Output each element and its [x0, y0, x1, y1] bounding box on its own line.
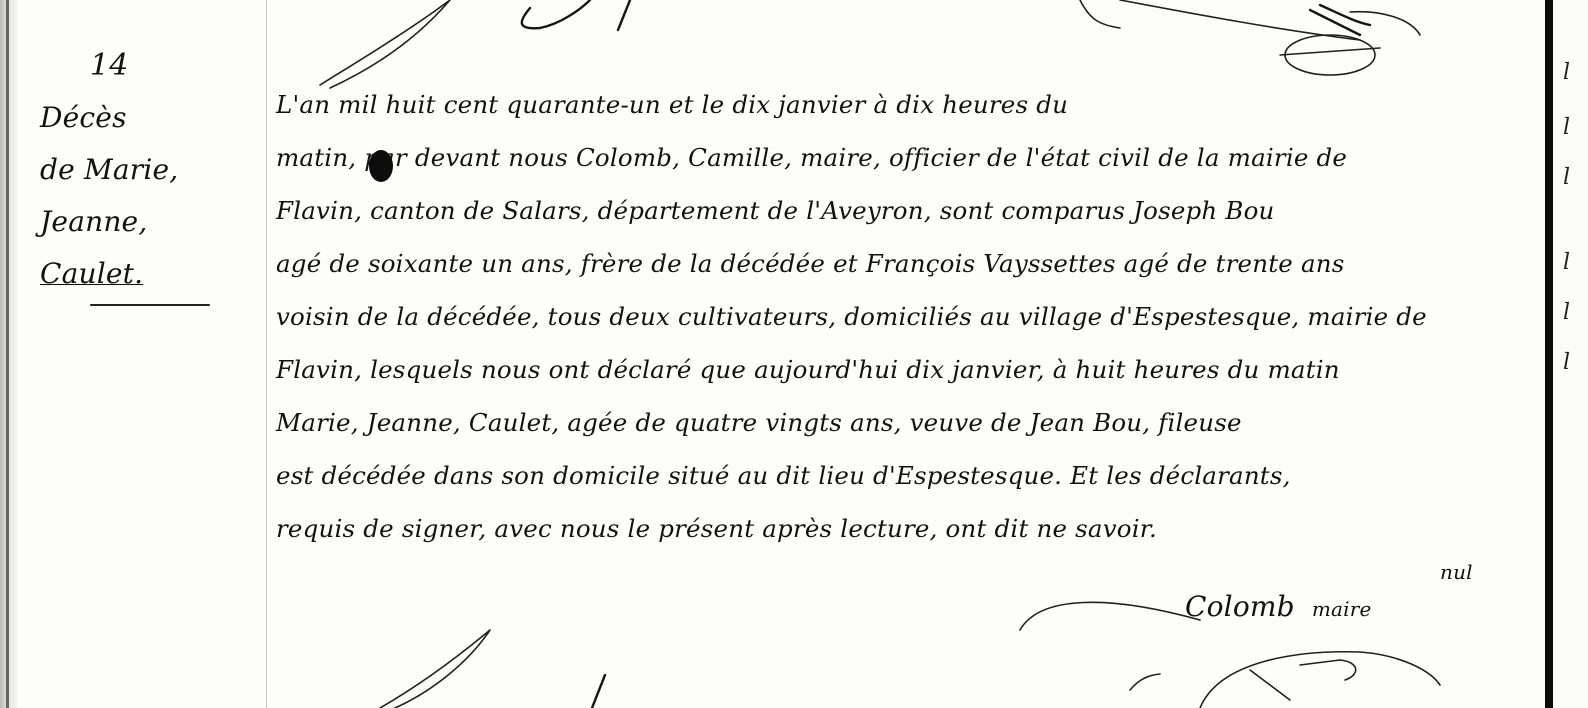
record-line-9: requis de signer, avec nous le présent a… [276, 502, 1526, 555]
margin-note-line-1: Décès [40, 92, 240, 144]
previous-entry-flourish [300, 0, 700, 90]
entry-number: 14 [40, 40, 240, 92]
ink-blot [366, 146, 396, 186]
margin-note: 14 Décès de Marie, Jeanne, Caulet. [40, 40, 240, 306]
margin-note-underline-flourish [90, 304, 210, 306]
right-fragment-5: l [1563, 300, 1570, 325]
record-line-8: est décédée dans son domicile situé au d… [276, 449, 1526, 502]
record-line-4: agé de soixante un ans, frère de la décé… [276, 237, 1526, 290]
record-body: L'an mil huit cent quarante-un et le dix… [276, 78, 1526, 555]
record-line-1: L'an mil huit cent quarante-un et le dix… [276, 78, 1526, 131]
next-entry-flourish [360, 630, 760, 708]
right-fragment-3: l [1563, 165, 1570, 190]
register-page: 14 Décès de Marie, Jeanne, Caulet. L'an … [0, 0, 1588, 708]
page-left-border-rule [6, 0, 9, 708]
margin-note-line-3: Jeanne, [40, 196, 240, 248]
page-left-edge-shadow [0, 0, 18, 708]
record-line-5: voisin de la décédée, tous deux cultivat… [276, 290, 1526, 343]
right-fragment-6: l [1563, 350, 1570, 375]
right-fragment-2: l [1563, 115, 1570, 140]
right-page-fragment: l l l l l l [1553, 0, 1588, 708]
right-fragment-4: l [1563, 250, 1570, 275]
signature-flourish [1000, 590, 1480, 708]
record-line-7: Marie, Jeanne, Caulet, agée de quatre vi… [276, 396, 1526, 449]
record-line-2: matin, par devant nous Colomb, Camille, … [276, 131, 1526, 184]
record-line-6: Flavin, lesquels nous ont déclaré que au… [276, 343, 1526, 396]
right-binding-rule [1545, 0, 1553, 708]
record-line-3: Flavin, canton de Salars, département de… [276, 184, 1526, 237]
margin-note-line-4: Caulet. [40, 248, 240, 300]
marginal-mention: nul [1440, 560, 1473, 584]
right-fragment-1: l [1563, 60, 1570, 85]
margin-rule [266, 0, 267, 708]
margin-note-line-2: de Marie, [40, 144, 240, 196]
previous-signature-flourish [1080, 0, 1440, 75]
